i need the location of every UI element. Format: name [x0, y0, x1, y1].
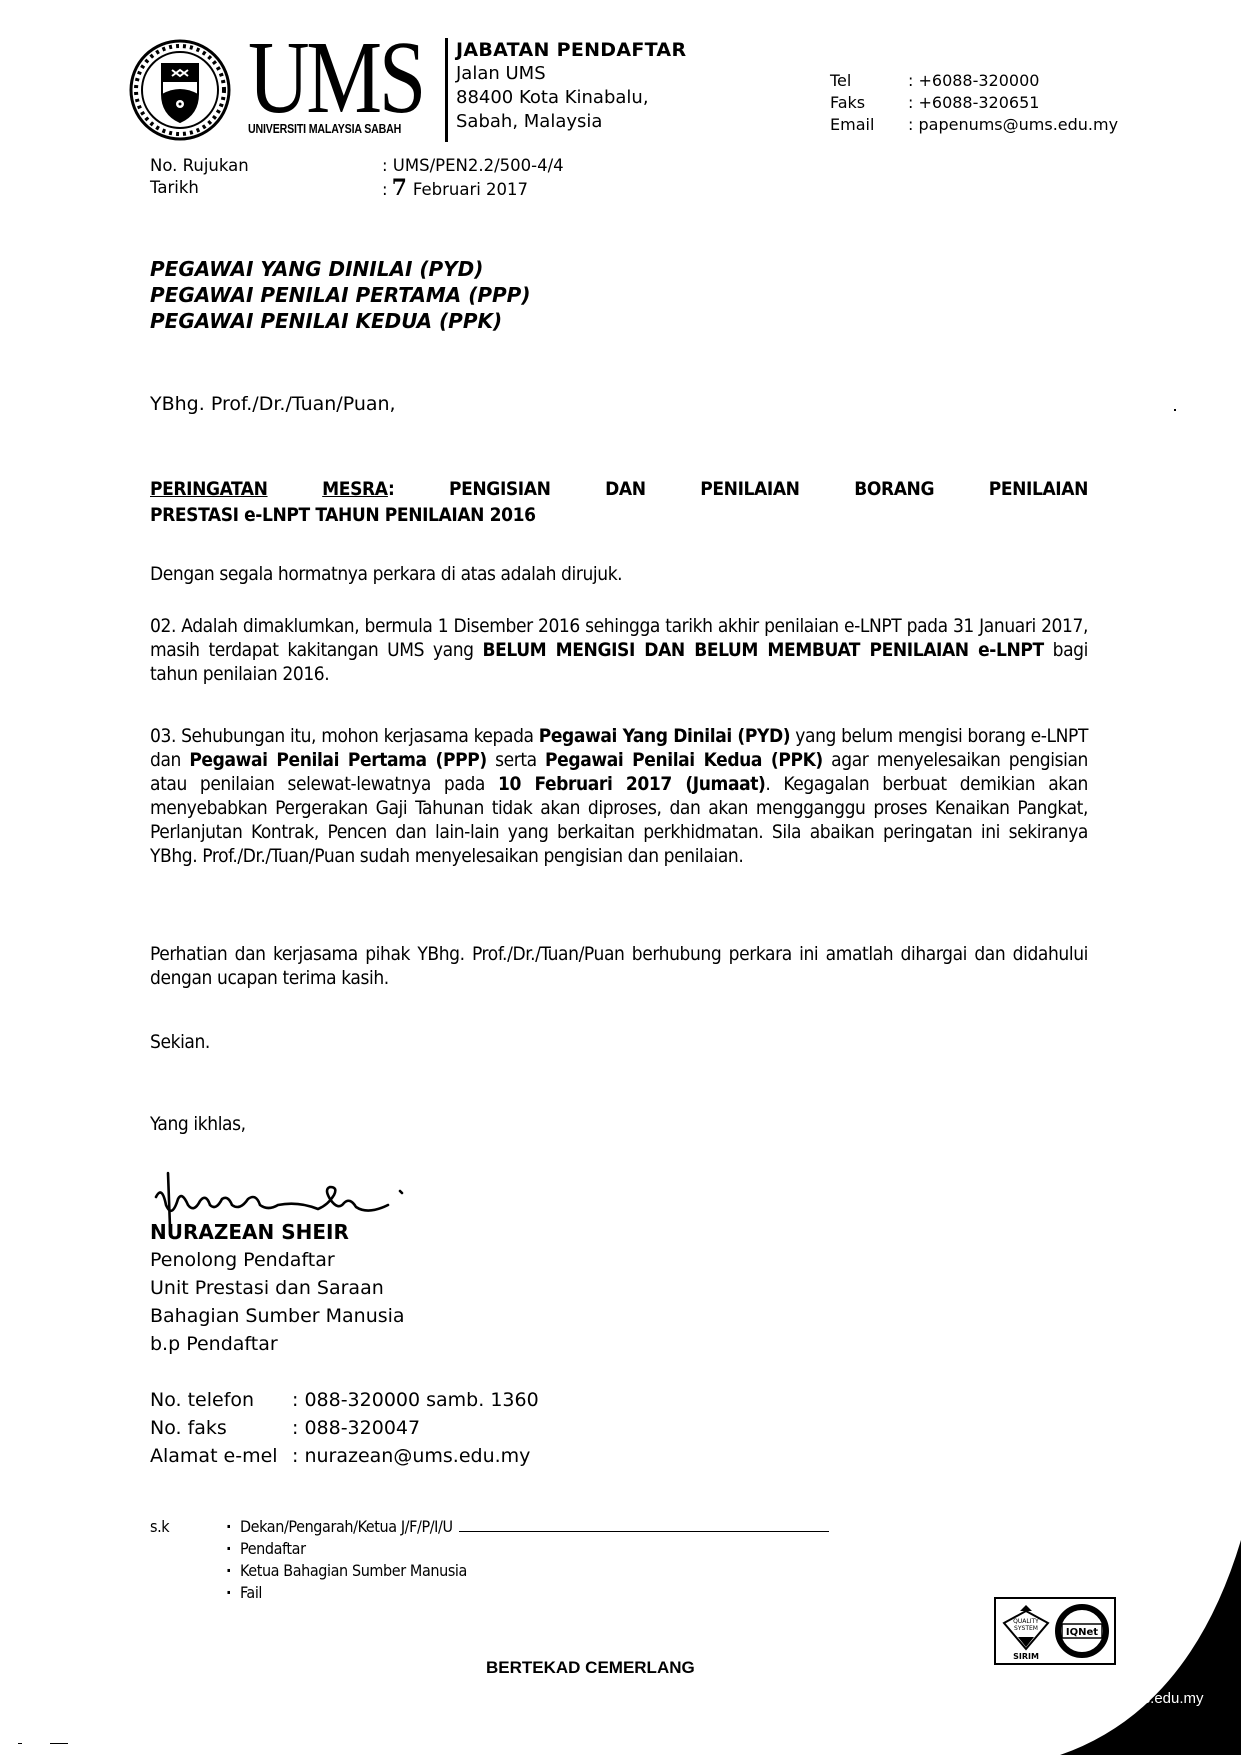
contact-value: : +6088-320651 [908, 92, 1039, 114]
scan-artifact [50, 1743, 68, 1744]
scan-artifact [18, 1743, 22, 1744]
recipient-line: PEGAWAI YANG DINILAI (PYD) [150, 256, 530, 282]
cc-item: Dekan/Pengarah/Ketua J/F/P/I/U [226, 1516, 829, 1538]
svg-text:SIRIM: SIRIM [1013, 1652, 1039, 1661]
emphasis: BELUM MENGISI DAN BELUM MEMBUAT PENILAIA… [482, 639, 1043, 661]
subject-word: MESRA [322, 478, 388, 500]
sirim-iqnet-icon: QUALITY SYSTEM SIRIM IQNet [996, 1599, 1114, 1663]
svg-text:SYSTEM: SYSTEM [1014, 1625, 1038, 1632]
cc-list: s.k Dekan/Pengarah/Ketua J/F/P/I/U Penda… [150, 1516, 829, 1604]
emphasis: Pegawai Penilai Kedua (PPK) [545, 749, 823, 771]
contact-label: Alamat e-mel [150, 1442, 292, 1470]
subject-word: PENILAIAN [700, 476, 799, 502]
subject-word: PENGISIAN [449, 476, 551, 502]
subject-word: DAN [605, 476, 646, 502]
subject-line-2: PRESTASI e-LNPT TAHUN PENILAIAN 2016 [150, 502, 1088, 528]
subject-word: PERINGATAN [150, 476, 268, 502]
contact-value: : nurazean@ums.edu.my [292, 1442, 530, 1470]
contact-label: Tel [830, 70, 908, 92]
address-line: 88400 Kota Kinabalu, [456, 86, 686, 110]
svg-text:QUALITY: QUALITY [1013, 1618, 1039, 1625]
footer-motto: BERTEKAD CEMERLANG [486, 1658, 695, 1678]
ref-label: No. Rujukan [150, 155, 382, 177]
contact-label: Email [830, 114, 908, 136]
signer-on-behalf: b.p Pendaftar [150, 1330, 405, 1358]
contact-value: : 088-320000 samb. 1360 [292, 1386, 539, 1414]
ums-logo-subtitle: UNIVERSITI MALAYSIA SABAH [248, 122, 401, 136]
paragraph-3: 03. Sehubungan itu, mohon kerjasama kepa… [150, 724, 1088, 868]
cc-item: Fail [226, 1582, 829, 1604]
cc-item: Pendaftar [226, 1538, 829, 1560]
letterhead-divider [445, 38, 448, 142]
address-line: Jalan UMS [456, 62, 686, 86]
sign-off: Yang ikhlas, [150, 1112, 246, 1136]
department-name: JABATAN PENDAFTAR [456, 38, 686, 62]
signer-division: Bahagian Sumber Manusia [150, 1302, 405, 1330]
scan-artifact [1174, 409, 1176, 411]
contact-label: No. telefon [150, 1386, 292, 1414]
ums-logo-text: UMS [248, 30, 423, 126]
recipient-line: PEGAWAI PENILAI PERTAMA (PPP) [150, 282, 530, 308]
emphasis: Pegawai Yang Dinilai (PYD) [539, 725, 790, 747]
paragraph-2: 02. Adalah dimaklumkan, bermula 1 Disemb… [150, 614, 1088, 686]
contact-label: Faks [830, 92, 908, 114]
contact-label: No. faks [150, 1414, 292, 1442]
svg-text:IQNet: IQNet [1066, 1627, 1098, 1638]
certification-logos: QUALITY SYSTEM SIRIM IQNet [994, 1597, 1116, 1665]
deadline: 10 Februari 2017 (Jumaat) [498, 773, 765, 795]
contact-tel: Tel: +6088-320000 [830, 70, 1118, 92]
fill-in-blank [459, 1517, 829, 1532]
cc-item: Ketua Bahagian Sumber Manusia [226, 1560, 829, 1582]
paragraph-4: Perhatian dan kerjasama pihak YBhg. Prof… [150, 942, 1088, 990]
university-seal-logo [128, 38, 232, 142]
date-value: :7Februari 2017 [382, 177, 528, 201]
contact-email: Email: papenums@ums.edu.my [830, 114, 1118, 136]
office-contacts: Tel: +6088-320000 Faks: +6088-320651 Ema… [830, 70, 1118, 136]
handwritten-day: 7 [392, 175, 407, 201]
subject-word: PENILAIAN [989, 476, 1088, 502]
contact-value: : +6088-320000 [908, 70, 1039, 92]
contact-value: : 088-320047 [292, 1414, 420, 1442]
address-line: Sabah, Malaysia [456, 110, 686, 134]
contact-fax: Faks: +6088-320651 [830, 92, 1118, 114]
department-block: JABATAN PENDAFTAR Jalan UMS 88400 Kota K… [456, 38, 686, 134]
signer-name: NURAZEAN SHEIR [150, 1218, 405, 1246]
cc-label: s.k [150, 1516, 169, 1538]
contact-value: : papenums@ums.edu.my [908, 114, 1118, 136]
subject-word: BORANG [854, 476, 934, 502]
closing: Sekian. [150, 1030, 210, 1054]
emphasis: Pegawai Penilai Pertama (PPP) [189, 749, 486, 771]
website-url: www.ums.edu.my [1086, 1690, 1204, 1707]
signer-contacts: No. telefon: 088-320000 samb. 1360 No. f… [150, 1386, 539, 1470]
letter-subject: PERINGATAN MESRA: PENGISIAN DAN PENILAIA… [150, 476, 1088, 528]
recipients-block: PEGAWAI YANG DINILAI (PYD) PEGAWAI PENIL… [150, 256, 530, 334]
reference-block: No. Rujukan: UMS/PEN2.2/500-4/4 Tarikh :… [150, 155, 564, 201]
paragraph-1: Dengan segala hormatnya perkara di atas … [150, 562, 1088, 586]
signer-title: Penolong Pendaftar [150, 1246, 405, 1274]
salutation: YBhg. Prof./Dr./Tuan/Puan, [150, 392, 396, 416]
signer-block: NURAZEAN SHEIR Penolong Pendaftar Unit P… [150, 1218, 405, 1358]
recipient-line: PEGAWAI PENILAI KEDUA (PPK) [150, 308, 530, 334]
signer-unit: Unit Prestasi dan Saraan [150, 1274, 405, 1302]
date-label: Tarikh [150, 177, 382, 201]
ref-value: : UMS/PEN2.2/500-4/4 [382, 155, 564, 177]
